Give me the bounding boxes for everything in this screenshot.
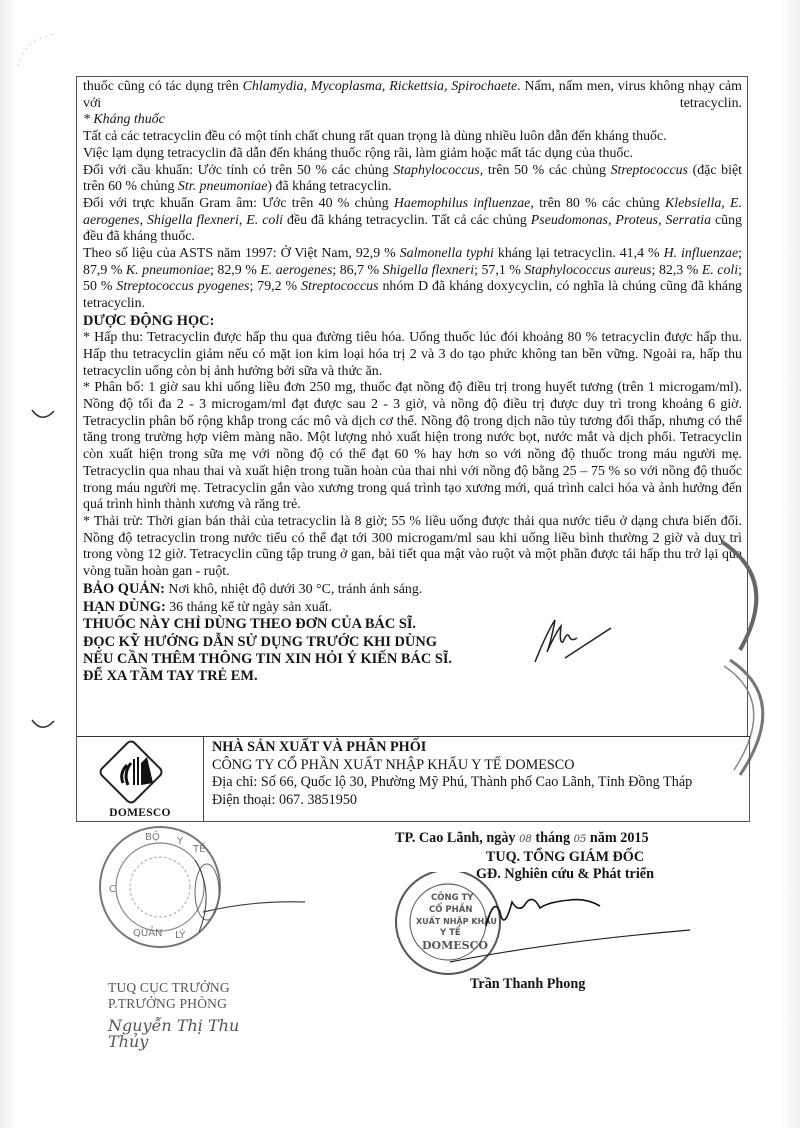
organism-name: Shigella flexneri bbox=[383, 263, 474, 278]
paragraph-resistance-abuse: Việc lạm dụng tetracyclin đã dẫn đến khá… bbox=[83, 146, 742, 163]
organism-name: K. pneumoniae bbox=[126, 263, 210, 278]
expiry-text: 36 tháng kể từ ngày sản xuất. bbox=[166, 600, 332, 615]
svg-text:LÝ: LÝ bbox=[175, 928, 186, 941]
warning-ask-doctor: NẾU CẦN THÊM THÔNG TIN XIN HỎI Ý KIẾN BÁ… bbox=[83, 651, 742, 668]
warning-keep-away-children: ĐỂ XA TẦM TAY TRẺ EM. bbox=[83, 668, 742, 685]
company-phone: Điện thoại: 067. 3851950 bbox=[212, 792, 692, 810]
text: kháng lại tetracyclin. 41,4 % bbox=[494, 246, 664, 261]
logo-text: DOMESCO bbox=[77, 807, 203, 819]
svg-text:Y TẾ: Y TẾ bbox=[439, 925, 461, 938]
manufacturer-box: DOMESCO NHÀ SẢN XUẤT VÀ PHÂN PHỐI CÔNG T… bbox=[76, 736, 750, 822]
resistance-heading: * Kháng thuốc bbox=[83, 112, 742, 129]
organism-name: Streptococcus pyogenes bbox=[116, 279, 249, 294]
paragraph-elimination: * Thải trừ: Thời gian bán thải của tetra… bbox=[83, 514, 742, 581]
date-year: năm 2015 bbox=[586, 830, 648, 846]
expiry-label: HẠN DÙNG: bbox=[83, 599, 166, 615]
text: ; 79,2 % bbox=[249, 279, 301, 294]
warning-read-instructions: ĐỌC KỸ HƯỚNG DẪN SỬ DỤNG TRƯỚC KHI DÙNG bbox=[83, 634, 742, 651]
text: , trên 50 % các chủng bbox=[480, 163, 611, 178]
leaflet-content-box: thuốc cũng có tác dụng trên Chlamydia, M… bbox=[76, 76, 748, 736]
pharmacokinetics-heading: DƯỢC ĐỘNG HỌC: bbox=[83, 313, 742, 330]
initials-signature-icon bbox=[525, 612, 615, 667]
svg-text:CỔ PHẦN: CỔ PHẦN bbox=[429, 902, 472, 915]
text: Đối với trực khuẩn Gram âm: Ước trên 40 … bbox=[83, 196, 394, 211]
svg-text:TẾ: TẾ bbox=[192, 841, 206, 855]
text: ; 57,1 % bbox=[474, 263, 524, 278]
organism-name: Staphylococcus bbox=[393, 163, 479, 178]
svg-text:QUẢN: QUẢN bbox=[133, 925, 163, 939]
svg-text:DOMESCO: DOMESCO bbox=[422, 939, 488, 952]
margin-mark-icon bbox=[30, 718, 56, 732]
margin-mark-icon bbox=[30, 408, 56, 422]
text: , trên 80 % các chủng bbox=[530, 196, 665, 211]
organism-name: Staphylococcus aureus bbox=[524, 263, 651, 278]
svg-text:Y: Y bbox=[176, 836, 184, 847]
paragraph-resistance-general: Tất cả các tetracyclin đều có một tính c… bbox=[83, 129, 742, 146]
paragraph-spectrum: thuốc cũng có tác dụng trên Chlamydia, M… bbox=[83, 79, 742, 112]
domesco-logo: DOMESCO bbox=[77, 737, 204, 821]
manufacturer-info: NHÀ SẢN XUẤT VÀ PHÂN PHỐI CÔNG TY CỔ PHẦ… bbox=[204, 737, 692, 821]
text: đều đã kháng tetracyclin. Tất cả các chủ… bbox=[283, 213, 531, 228]
date-month: 05 bbox=[574, 834, 587, 845]
svg-text:CÔNG TY: CÔNG TY bbox=[431, 891, 474, 903]
corner-mark-icon bbox=[14, 30, 64, 70]
paragraph-distribution: * Phân bố: 1 giờ sau khi uống liều đơn 2… bbox=[83, 380, 742, 514]
signing-date: TP. Cao Lãnh, ngày 08 tháng 05 năm 2015 bbox=[395, 830, 735, 849]
svg-text:C: C bbox=[109, 884, 116, 895]
storage-label: BẢO QUẢN: bbox=[83, 581, 165, 597]
paragraph-gram-negative: Đối với trực khuẩn Gram âm: Ước trên 40 … bbox=[83, 196, 742, 246]
organism-names: Chlamydia, Mycoplasma, Rickettsia, Spiro… bbox=[243, 79, 518, 94]
text: thuốc cũng có tác dụng trên bbox=[83, 79, 243, 94]
text: Đối với cầu khuẩn: Ước tính có trên 50 %… bbox=[83, 163, 393, 178]
organism-name: Pseudomonas, Proteus, Serratia bbox=[531, 213, 711, 228]
text: ; 82,9 % bbox=[210, 263, 260, 278]
organism-name: Str. pneumoniae bbox=[178, 179, 268, 194]
approval-title: TUQ CỤC TRƯỞNG bbox=[108, 980, 278, 996]
company-address: Địa chỉ: Số 66, Quốc lộ 30, Phường Mỹ Ph… bbox=[212, 774, 692, 792]
organism-name: E. coli bbox=[702, 263, 738, 278]
organism-name: Streptococcus bbox=[301, 279, 378, 294]
heading-text: * Kháng thuốc bbox=[83, 112, 165, 127]
text: ; 82,3 % bbox=[652, 263, 702, 278]
svg-text:BỘ: BỘ bbox=[145, 830, 160, 843]
approval-signature-block: TUQ CỤC TRƯỞNG P.TRƯỞNG PHÒNG Nguyễn Thị… bbox=[108, 980, 278, 1050]
paragraph-asts-data: Theo số liệu của ASTS năm 1997: Ở Việt N… bbox=[83, 246, 742, 313]
date-place: TP. Cao Lãnh, ngày bbox=[395, 830, 519, 846]
expiry-line: HẠN DÙNG: 36 tháng kể từ ngày sản xuất. bbox=[83, 599, 742, 617]
company-stamp-icon: CÔNG TY CỔ PHẦN XUẤT NHẬP KHẨU Y TẾ DOME… bbox=[390, 872, 730, 982]
manufacturer-title: NHÀ SẢN XUẤT VÀ PHÂN PHỐI bbox=[212, 739, 692, 757]
text: Theo số liệu của ASTS năm 1997: Ở Việt N… bbox=[83, 246, 400, 261]
date-month-label: tháng bbox=[532, 830, 574, 846]
approval-subtitle: P.TRƯỞNG PHÒNG bbox=[108, 996, 278, 1012]
paragraph-absorption: * Hấp thu: Tetracyclin được hấp thu qua … bbox=[83, 330, 742, 380]
organism-name: Haemophilus influenzae bbox=[394, 196, 530, 211]
company-signer-name: Trần Thanh Phong bbox=[470, 976, 585, 993]
signer-authority: TUQ. TỔNG GIÁM ĐỐC bbox=[395, 849, 735, 867]
paragraph-cocci: Đối với cầu khuẩn: Ước tính có trên 50 %… bbox=[83, 163, 742, 196]
svg-text:XUẤT NHẬP KHẨU: XUẤT NHẬP KHẨU bbox=[416, 914, 497, 926]
ministry-stamp-icon: BỘ Y TẾ QUẢN LÝ C bbox=[95, 822, 315, 952]
warning-prescription: THUỐC NÀY CHỈ DÙNG THEO ĐƠN CỦA BÁC SĨ. bbox=[83, 616, 742, 633]
organism-name: H. influenzae bbox=[664, 246, 739, 261]
approval-signer: Nguyễn Thị Thu Thủy bbox=[108, 1018, 278, 1050]
organism-name: Salmonella typhi bbox=[400, 246, 494, 261]
company-name: CÔNG TY CỔ PHẦN XUẤT NHẬP KHẨU Y TẾ DOME… bbox=[212, 757, 692, 775]
date-day: 08 bbox=[519, 834, 532, 845]
storage-line: BẢO QUẢN: Nơi khô, nhiệt độ dưới 30 °C, … bbox=[83, 581, 742, 599]
text: ; 86,7 % bbox=[332, 263, 382, 278]
storage-text: Nơi khô, nhiệt độ dưới 30 °C, tránh ánh … bbox=[165, 582, 422, 597]
text: ) đã kháng tetracyclin. bbox=[267, 179, 391, 194]
organism-name: Streptococcus bbox=[611, 163, 688, 178]
organism-name: E. aerogenes bbox=[260, 263, 332, 278]
logo-emblem-icon bbox=[113, 753, 163, 793]
